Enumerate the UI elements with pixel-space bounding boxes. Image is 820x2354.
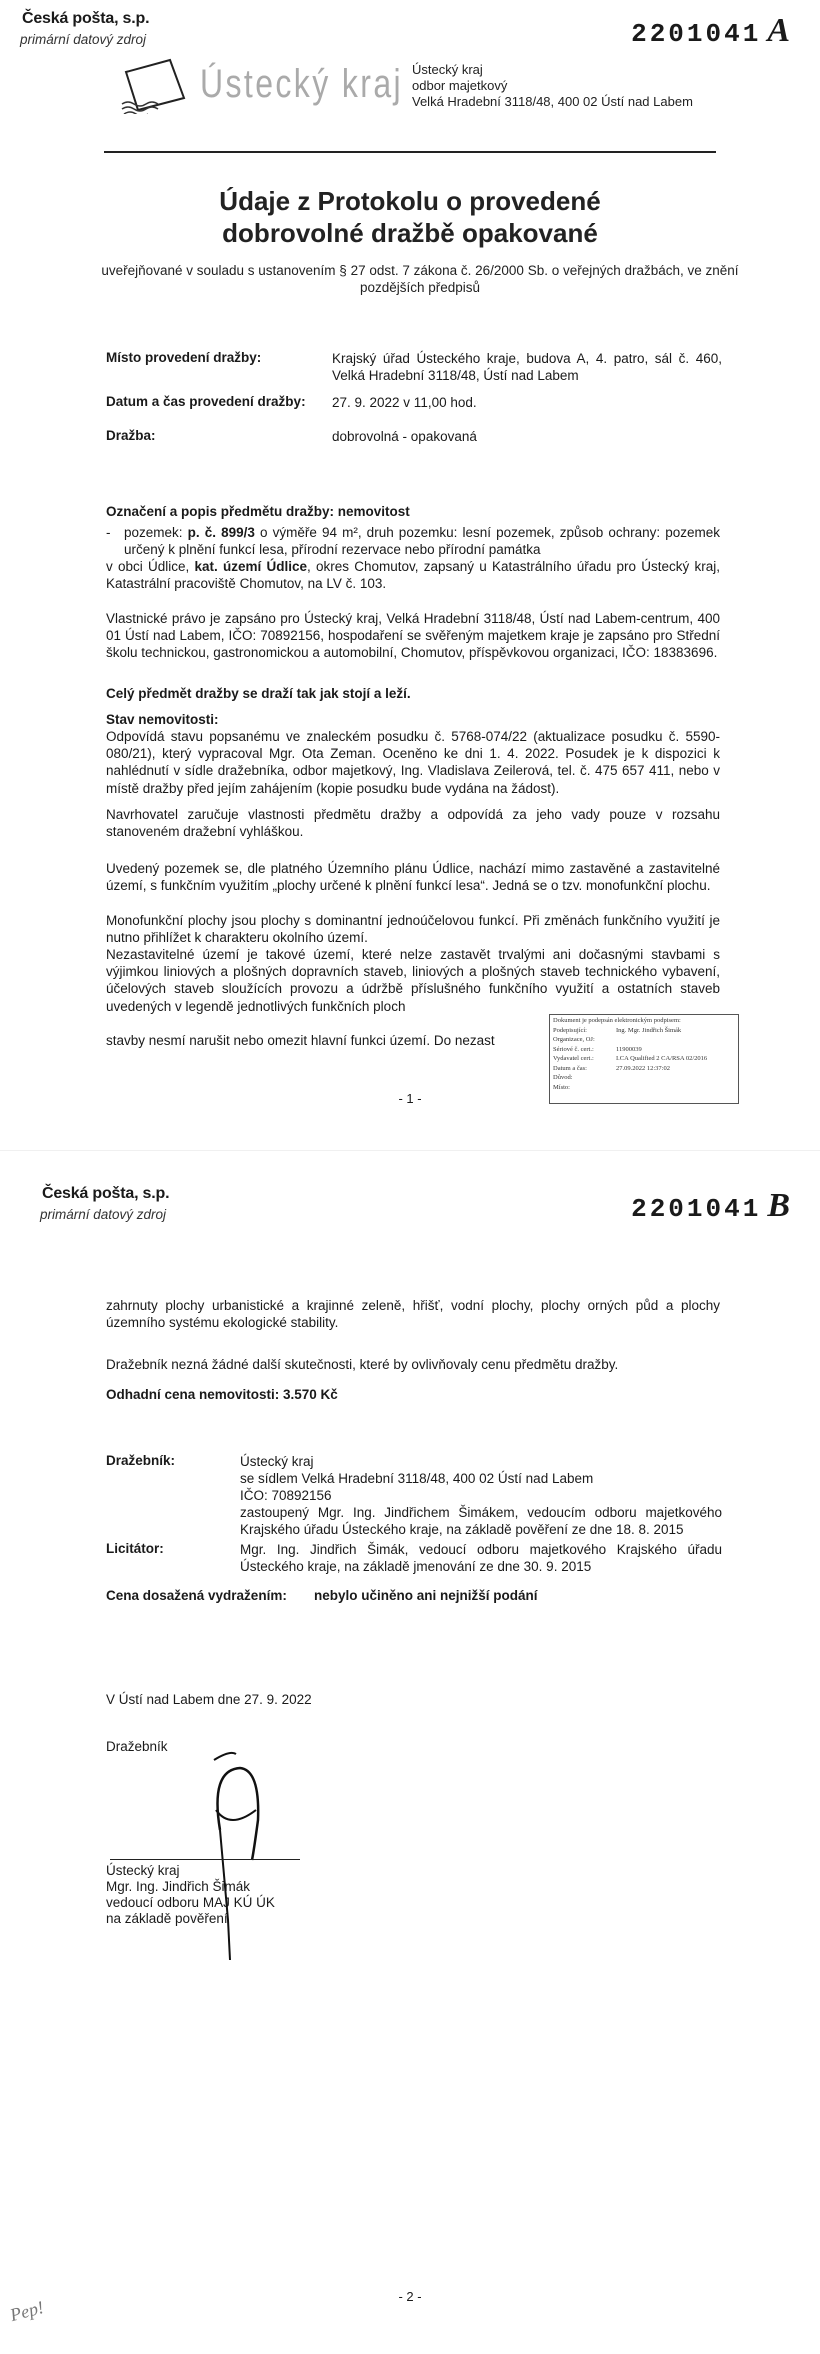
signature-line [110,1859,300,1860]
esig-row: Datum a čas:27.09.2022 12:37:02 [553,1064,735,1074]
subject-heading: Označení a popis předmětu dražby: nemovi… [106,503,720,520]
zoning-continuation: zahrnuty plochy urbanistické a krajinné … [106,1297,720,1331]
estimate-value: 3.570 Kč [283,1387,338,1402]
auctioneer-line: IČO: 70892156 [240,1487,722,1504]
zoning-paragraph-1: Uvedený pozemek se, dle platného Územníh… [106,860,720,894]
doc-mark: A [767,12,790,49]
subject-location: v obci Údlice, kat. území Údlice, okres … [106,558,720,592]
esig-key: Datum a čas: [553,1064,616,1074]
esig-row: Místo: [553,1083,735,1093]
signer-role: Dražebník [106,1738,720,1755]
page-number: - 1 - [390,1091,430,1106]
esig-key: Místo: [553,1083,616,1093]
doc-number-digits: 2201041 [631,19,761,49]
auctioneer-label: Dražebník: [106,1453,175,1468]
address-line: odbor majetkový [412,78,693,94]
doc-number-digits: 2201041 [631,1194,761,1224]
field-label-datetime: Datum a čas provedení dražby: [106,394,306,409]
location-pre: v obci Údlice, [106,559,194,574]
field-value-auction-type: dobrovolná - opakovaná [332,428,722,445]
zoning-paragraph-3: Nezastavitelné území je takové území, kt… [106,946,720,1015]
subject-item: - pozemek: p. č. 899/3 o výměře 94 m², d… [106,524,720,558]
esig-key: Vydavatel cert.: [553,1054,616,1064]
guarantee-paragraph: Navrhovatel zaručuje vlastnosti předmětu… [106,806,720,840]
document-title: Údaje z Protokolu o provedené dobrovolné… [60,185,760,249]
list-dash: - [106,524,111,541]
handwritten-note: Pep! [8,2297,46,2326]
esig-key: Důvod: [553,1073,616,1083]
subject-pre: pozemek: [124,525,188,540]
auctioneer-line: se sídlem Velká Hradební 3118/48, 400 02… [240,1470,722,1487]
electronic-signature-box: Dokument je podepsán elektronickým podpi… [549,1014,739,1104]
handwritten-signature-icon [200,1750,290,1990]
licitator-label: Licitátor: [106,1541,164,1556]
title-line: Údaje z Protokolu o provedené [60,185,760,217]
document-number: 2201041B [631,1187,790,1225]
document-page-1: Česká pošta, s.p. primární datový zdroj … [0,0,820,1140]
esig-key: Sériové č. cert.: [553,1045,616,1055]
page-number: - 2 - [390,2289,430,2304]
auctioneer-line: Ústecký kraj [240,1453,722,1470]
esig-row: Důvod: [553,1073,735,1083]
ustecky-kraj-logo-icon [120,58,190,114]
parcel-number: p. č. 899/3 [188,525,255,540]
document-page-2: Česká pošta, s.p. primární datový zdroj … [0,1150,820,2354]
esig-row: Vydavatel cert.:I.CA Qualified 2 CA/RSA … [553,1054,735,1064]
esig-row: Podepisující:Ing. Mgr. Jindřich Šimák [553,1026,735,1036]
esig-value: Ing. Mgr. Jindřich Šimák [616,1026,681,1036]
place-and-date: V Ústí nad Labem dne 27. 9. 2022 [106,1691,720,1708]
estimate-label: Odhadní cena nemovitosti: [106,1387,279,1402]
cadastral-area: kat. území Údlice [194,559,307,574]
esig-key: Podepisující: [553,1026,616,1036]
esig-row: Organizace, OJ: [553,1035,735,1045]
address-line: Velká Hradební 3118/48, 400 02 Ústí nad … [412,94,693,110]
field-label-place: Místo provedení dražby: [106,350,261,365]
postal-name: Česká pošta, s.p. [22,10,149,28]
price-label: Cena dosažená vydražením: [106,1588,287,1603]
esig-value: 27.09.2022 12:37:02 [616,1064,670,1074]
zoning-paragraph-4: stavby nesmí narušit nebo omezit hlavní … [106,1032,556,1049]
esig-header: Dokument je podepsán elektronickým podpi… [553,1016,735,1026]
esig-row: Sériové č. cert.:11900039 [553,1045,735,1055]
postal-subtitle: primární datový zdroj [40,1207,166,1222]
condition-heading: Stav nemovitosti: [106,711,720,728]
field-label-auction-type: Dražba: [106,428,156,443]
address-line: Ústecký kraj [412,62,693,78]
title-line: dobrovolné dražbě opakované [60,217,760,249]
auctioneer-details: Ústecký kraj se sídlem Velká Hradební 31… [240,1453,722,1538]
field-value-datetime: 27. 9. 2022 v 11,00 hod. [332,394,722,411]
esig-value: I.CA Qualified 2 CA/RSA 02/2016 [616,1054,707,1064]
postal-subtitle: primární datový zdroj [20,32,146,47]
header-divider [104,151,716,153]
postal-name: Česká pošta, s.p. [42,1185,169,1203]
document-number: 2201041A [631,12,790,50]
as-is-statement: Celý předmět dražby se draží tak jak sto… [106,685,720,702]
esig-value: 11900039 [616,1045,642,1055]
licitator-value: Mgr. Ing. Jindřich Šimák, vedoucí odboru… [240,1541,722,1575]
esig-key: Organizace, OJ: [553,1035,616,1045]
auctioneer-line: zastoupený Mgr. Ing. Jindřichem Šimákem,… [240,1504,722,1538]
sender-address: Ústecký kraj odbor majetkový Velká Hrade… [412,62,693,110]
zoning-paragraph-2: Monofunkční plochy jsou plochy s dominan… [106,912,720,946]
doc-mark: B [767,1187,790,1224]
field-value-place: Krajský úřad Ústeckého kraje, budova A, … [332,350,722,384]
logo-text: Ústecký kraj [200,62,403,107]
ownership-paragraph: Vlastnické právo je zapsáno pro Ústecký … [106,610,720,662]
condition-paragraph: Odpovídá stavu popsanému ve znaleckém po… [106,728,720,797]
price-value: nebylo učiněno ani nejnižší podání [314,1588,538,1603]
no-other-facts: Dražebník nezná žádné další skutečnosti,… [106,1356,720,1373]
document-subtitle: uveřejňované v souladu s ustanovením § 2… [70,262,770,296]
